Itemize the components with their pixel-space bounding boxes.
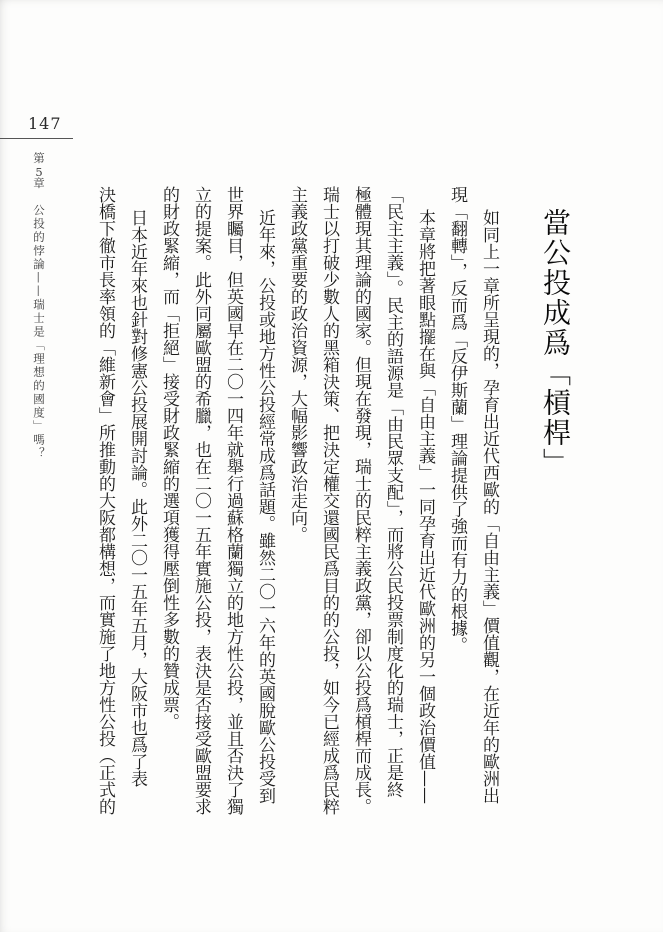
text-column-line: 瑞士以打破少數人的黑箱決策、把決定權交還國民爲目的的公投，如今已經成爲民粹 — [313, 186, 345, 816]
text-column-line: 立的提案。此外同屬歐盟的希臘，也在二〇一五年實施公投，表決是否接受歐盟要求 — [185, 186, 217, 816]
text-column-line: 決橋下徹市長率領的「維新會」所推動的大阪都構想，而實施了地方性公投（正式的 — [89, 186, 121, 816]
text-column-line: 世界矚目，但英國早在二〇一四年就舉行過蘇格蘭獨立的地方性公投，並且否決了獨 — [217, 186, 249, 816]
chapter-prefix: 第 — [32, 152, 46, 166]
text-column-line: 現「翻轉」，反而爲「反伊斯蘭」理論提供了強而有力的根據。 — [441, 186, 473, 816]
text-column-line: 極體現其理論的國家。但現在發現，瑞士的民粹主義政黨，卻以公投爲槓桿而成長。 — [345, 186, 377, 816]
text-column-line: 的財政緊縮，而「拒絕」接受財政緊縮的選項獲得壓倒性多數的贊成票。 — [153, 186, 185, 816]
text-column-line: 本章將把著眼點擺在與「自由主義」一同孕育出近代歐洲的另一個政治價值—— — [409, 186, 441, 816]
text-column-line: 如同上一章所呈現的，孕育出近代西歐的「自由主義」價值觀，在近年的歐洲出 — [473, 186, 505, 816]
body-text: 如同上一章所呈現的，孕育出近代西歐的「自由主義」價值觀，在近年的歐洲出現「翻轉」… — [89, 186, 505, 816]
book-page: 147 第5章 公投的悖論——瑞士是「理想的國度」嗎？ 當公投成爲「槓桿」 如同… — [0, 0, 663, 932]
text-column-line: 「民主主義」。民主的語源是「由民眾支配」，而將公民投票制度化的瑞士，正是終 — [377, 186, 409, 816]
page-number: 147 — [28, 114, 62, 133]
text-column-line: 日本近年來也針對修憲公投展開討論。此外二〇一五年五月，大阪市也爲了表 — [121, 186, 153, 816]
text-column-line: 近年來，公投或地方性公投經常成爲話題。雖然二〇一六年的英國脫歐公投受到 — [249, 186, 281, 816]
text-column-line: 主義政黨重要的政治資源，大幅影響政治走向。 — [281, 186, 313, 816]
header-rule — [0, 138, 73, 139]
chapter-sidebar: 第5章 公投的悖論——瑞士是「理想的國度」嗎？ — [31, 152, 47, 482]
chapter-number: 5 — [32, 166, 46, 178]
chapter-label: 章 公投的悖論——瑞士是「理想的國度」嗎？ — [32, 177, 46, 461]
chapter-title: 當公投成爲「槓桿」 — [535, 208, 575, 848]
